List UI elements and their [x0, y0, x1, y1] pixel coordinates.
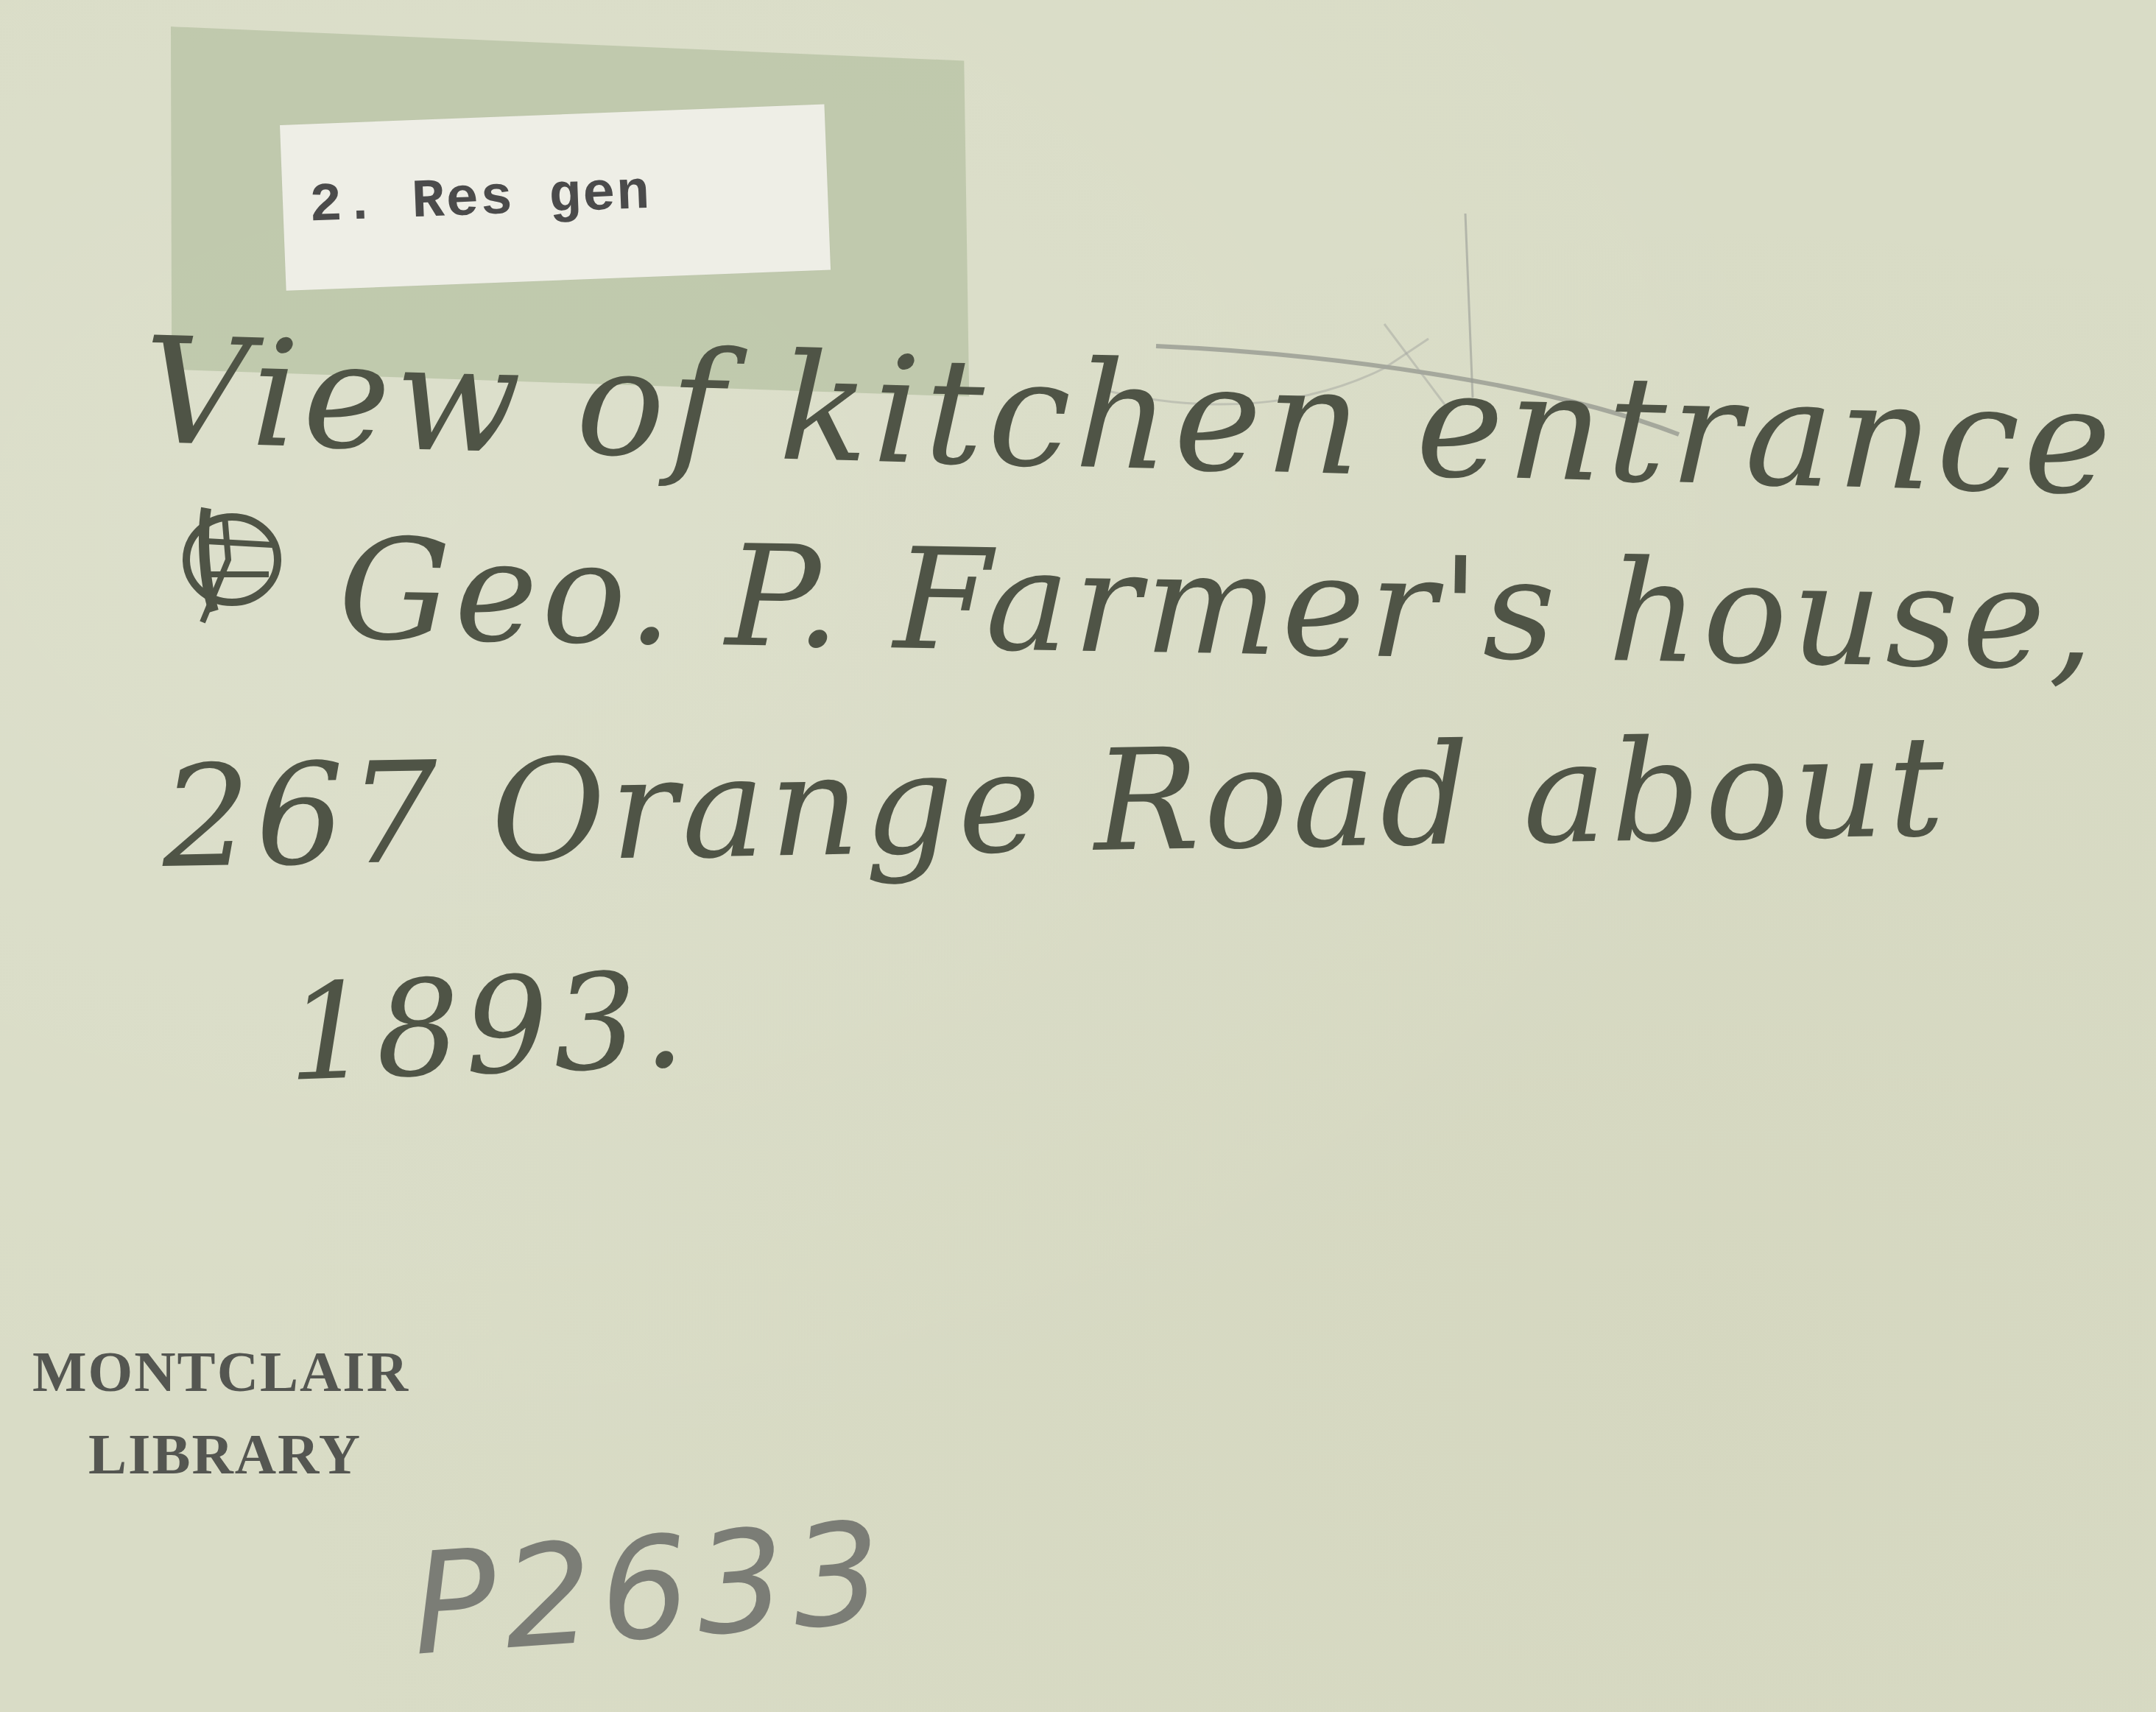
- label-text: 2. Res gen: [309, 163, 652, 238]
- caption-line-3: 267 Orange Road about: [161, 705, 1950, 899]
- caption-line-4: 1893.: [284, 943, 691, 1111]
- caption-line-2: Geo. P. Farmer's house,: [337, 508, 2100, 702]
- circled-cross-mark-icon: [173, 501, 291, 626]
- typed-label: 2. Res gen: [280, 105, 831, 291]
- library-stamp-line-2: LIBRARY: [88, 1421, 362, 1487]
- accession-number: P2633: [406, 1491, 894, 1687]
- library-stamp-line-1: MONTCLAIR: [32, 1339, 409, 1405]
